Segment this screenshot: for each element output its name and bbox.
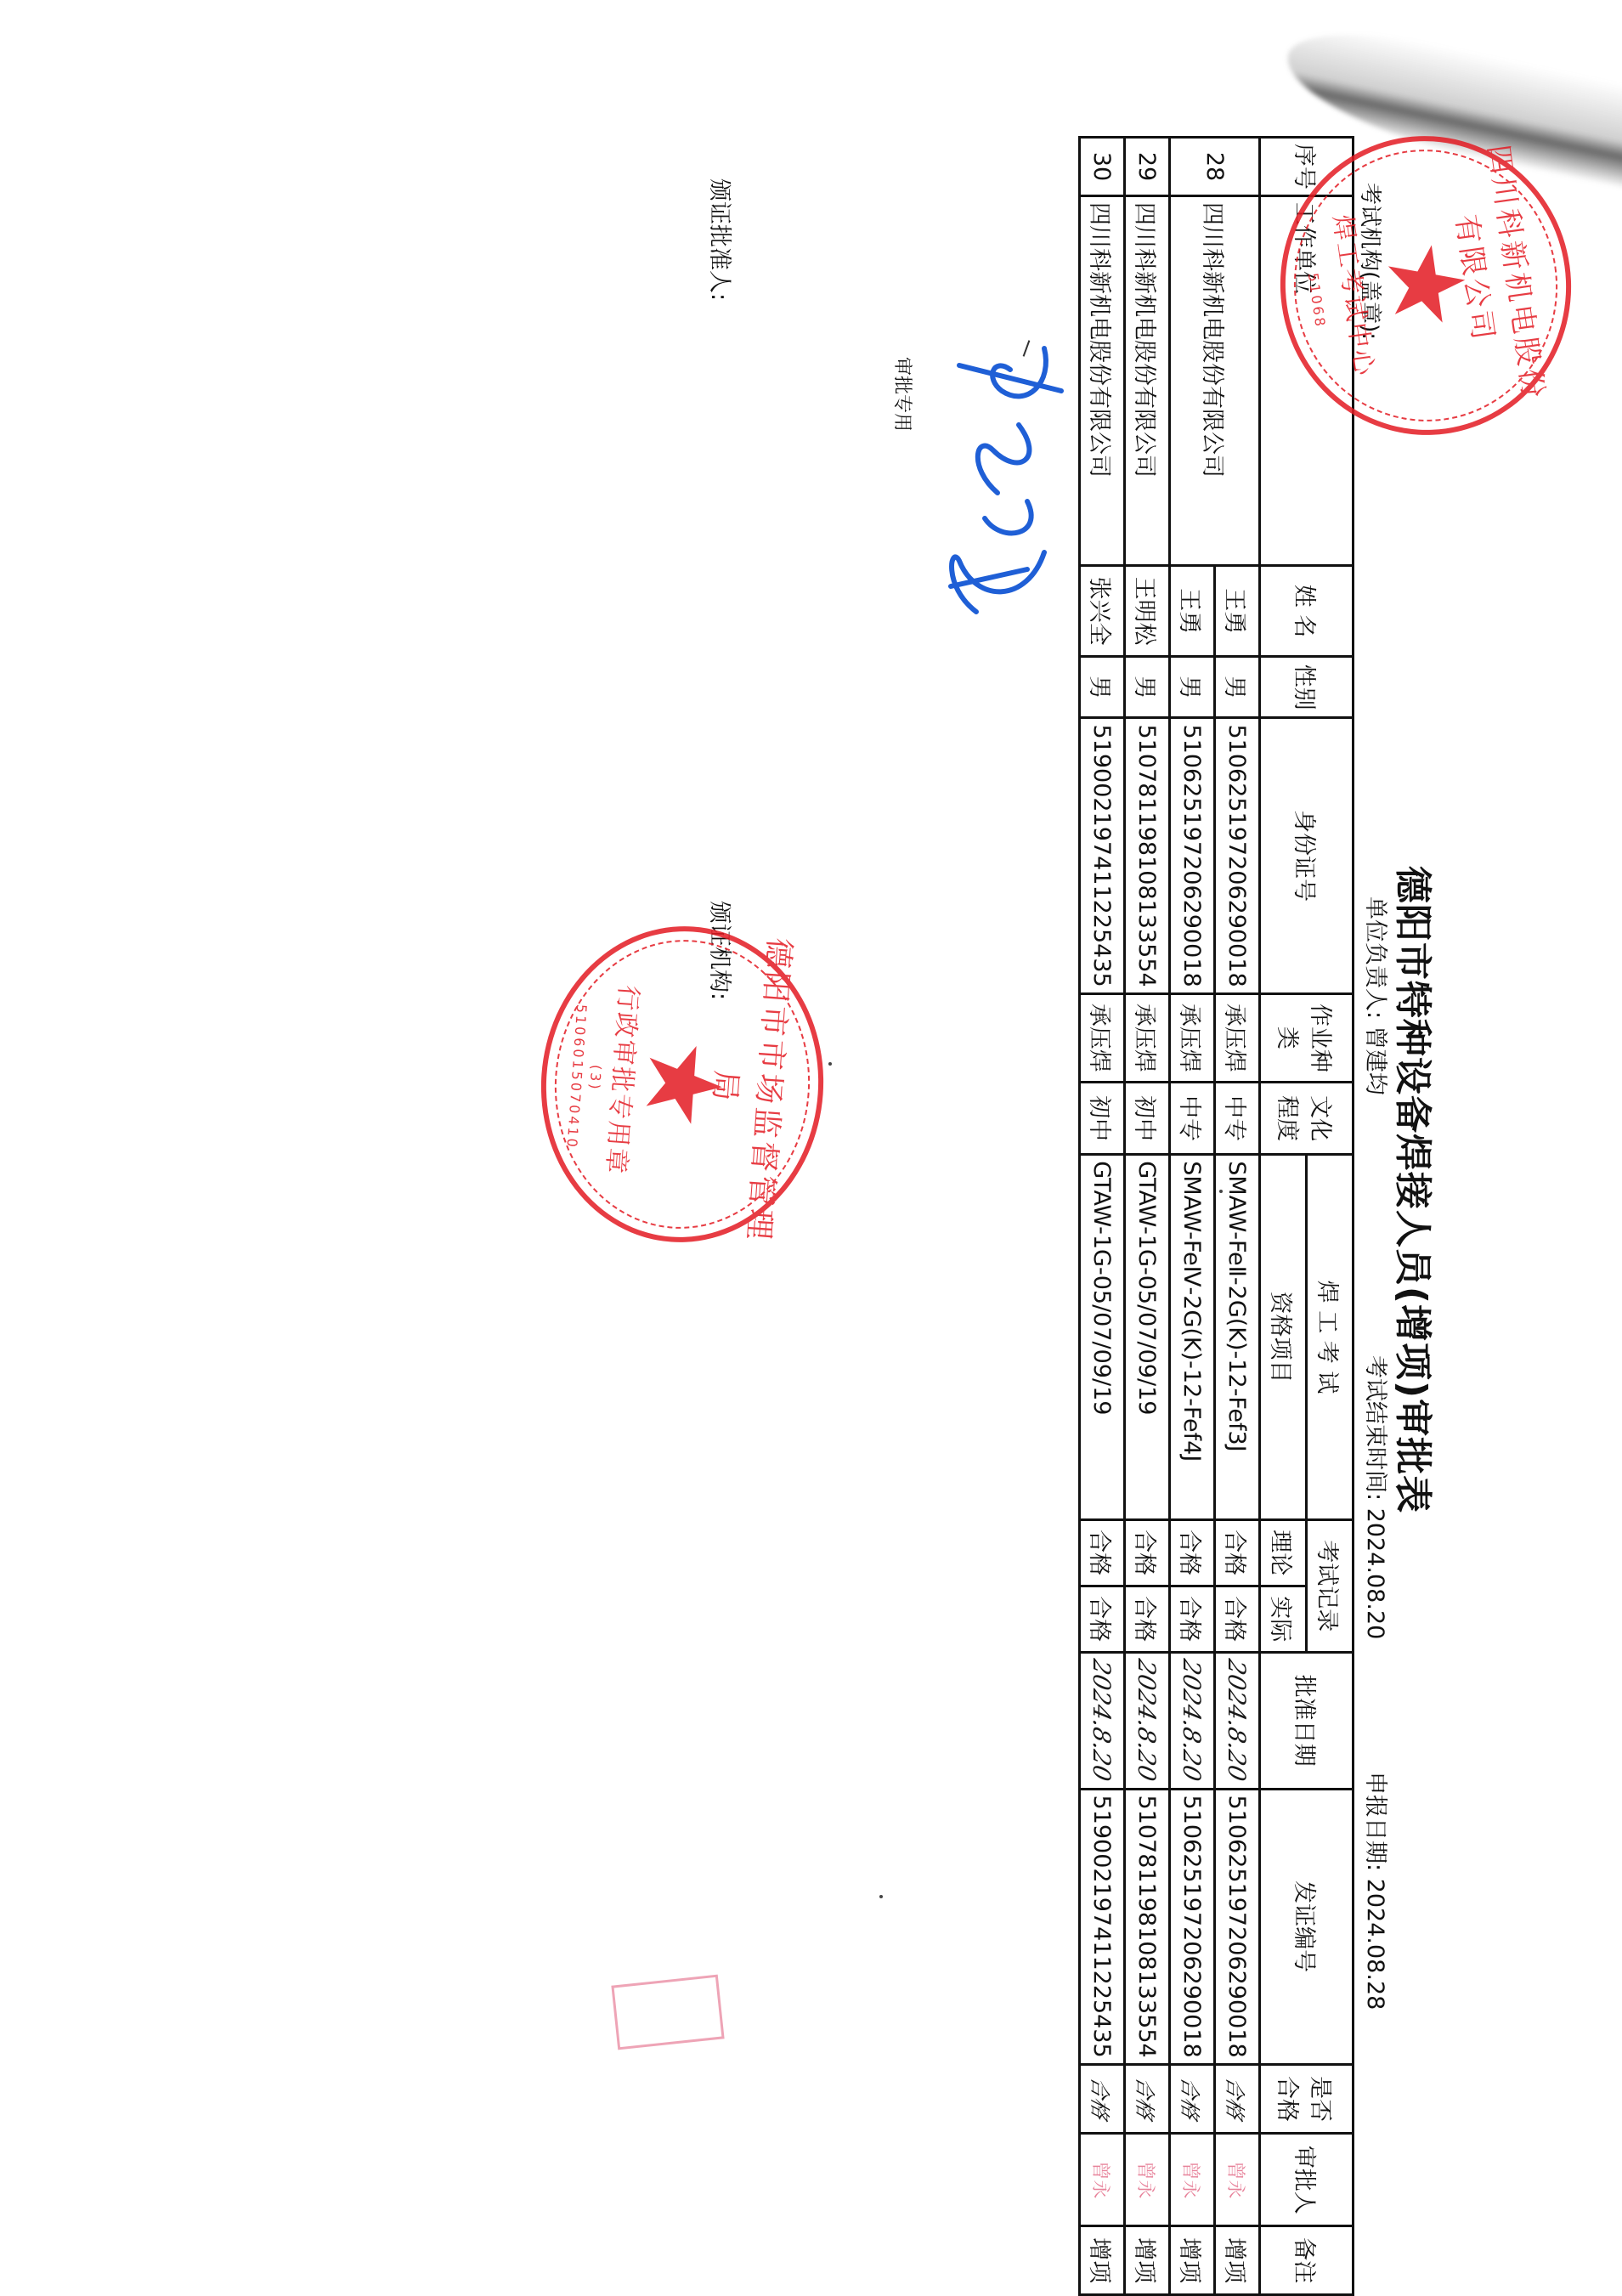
cell-theory: 合格 — [1080, 1519, 1125, 1586]
handwritten-date: 2024.8.20 — [1088, 1657, 1116, 1784]
approver-stamp: 曾永 — [1225, 2161, 1246, 2198]
cell-practice: 合格 — [1215, 1586, 1260, 1652]
table-row: 28 四川科新机电股份有限公司 王勇 男 510625197206290018 … — [1215, 138, 1260, 2295]
header-id: 身份证号 — [1260, 718, 1354, 993]
cell-edu: 中专 — [1170, 1083, 1215, 1155]
cell-project: SMAW-FeⅣ-2G(K)-12-Fef4J — [1170, 1155, 1215, 1520]
scan-speck — [879, 1895, 883, 1898]
issuer-approver-label: 颁证批准人: — [705, 178, 738, 301]
cell-id: 510625197206290018 — [1170, 718, 1215, 993]
cell-unit: 四川科新机电股份有限公司 — [1080, 196, 1125, 566]
cell-qualified: 合格 — [1125, 2064, 1170, 2134]
approver-stamp: 曾永 — [1135, 2161, 1156, 2198]
cell-qualified: 合格 — [1080, 2064, 1125, 2134]
cell-edu: 中专 — [1215, 1083, 1260, 1155]
approver-stamp: 曾永 — [1090, 2161, 1111, 2198]
cell-approver: 曾永 — [1215, 2134, 1260, 2226]
header-theory: 理论 — [1260, 1519, 1307, 1586]
cell-approver: 曾永 — [1125, 2134, 1170, 2226]
welder-approval-table: 序号 工作单位 姓 名 性别 身份证号 作业种类 文化程度 焊 工 考 试 考试… — [1078, 136, 1354, 2296]
cell-remark: 增项 — [1215, 2226, 1260, 2295]
form-title: 德阳市特种设备焊接人员(增项)审批表 — [1389, 765, 1444, 1615]
scan-speck — [828, 1062, 832, 1066]
header-edu: 文化程度 — [1260, 1083, 1354, 1155]
cell-approver: 曾永 — [1080, 2134, 1125, 2226]
header-project: 资格项目 — [1260, 1155, 1307, 1520]
cell-type: 承压焊 — [1080, 993, 1125, 1082]
cell-remark: 增项 — [1125, 2226, 1170, 2295]
exam-end-value: 2024.08.20 — [1362, 1508, 1388, 1640]
handwritten-qualified: 合格 — [1178, 2074, 1207, 2123]
cell-cert-no: 510781198108133554 — [1125, 1789, 1170, 2064]
header-record-group: 考试记录 — [1307, 1519, 1354, 1652]
cell-name: 王勇 — [1215, 566, 1260, 657]
cell-project: GTAW-1G-05/07/09/19 — [1080, 1155, 1125, 1520]
cell-seq: 29 — [1125, 138, 1170, 196]
header-sex: 性别 — [1260, 656, 1354, 718]
handwritten-date: 2024.8.20 — [1178, 1657, 1207, 1784]
handwritten-qualified: 合格 — [1088, 2074, 1117, 2123]
table-row: 29 四川科新机电股份有限公司 王明松 男 510781198108133554… — [1125, 138, 1170, 2295]
cell-name: 张兴全 — [1080, 566, 1125, 657]
header-practice: 实际 — [1260, 1586, 1307, 1652]
cell-qualified: 合格 — [1170, 2064, 1215, 2134]
cell-edu: 初中 — [1080, 1083, 1125, 1155]
cell-approve-date: 2024.8.20 — [1125, 1652, 1170, 1789]
header-name: 姓 名 — [1260, 566, 1354, 657]
cell-project: GTAW-1G-05/07/09/19 — [1125, 1155, 1170, 1520]
exam-end-label: 考试结束时间: — [1362, 1355, 1388, 1501]
cell-unit: 四川科新机电股份有限公司 — [1125, 196, 1170, 566]
cell-sex: 男 — [1125, 656, 1170, 718]
cell-approver: 曾永 — [1170, 2134, 1215, 2226]
cell-practice: 合格 — [1170, 1586, 1215, 1652]
cell-seq: 30 — [1080, 138, 1125, 196]
apply-date: 申报日期: 2024.08.28 — [1361, 1772, 1394, 2010]
handwritten-date: 2024.8.20 — [1133, 1657, 1161, 1784]
cell-practice: 合格 — [1080, 1586, 1125, 1652]
cell-type: 承压焊 — [1170, 993, 1215, 1082]
apply-date-value: 2024.08.28 — [1362, 1879, 1388, 2010]
scan-speck — [1219, 1190, 1223, 1193]
unit-leader-label: 单位负责人: — [1362, 896, 1388, 1019]
cell-cert-no: 519002197411225435 — [1080, 1789, 1125, 2064]
table-row: 30 四川科新机电股份有限公司 张兴全 男 519002197411225435… — [1080, 138, 1125, 2295]
handwritten-qualified: 合格 — [1223, 2074, 1252, 2123]
cell-remark: 增项 — [1170, 2226, 1215, 2295]
approver-stamp: 曾永 — [1180, 2161, 1201, 2198]
cell-sex: 男 — [1170, 656, 1215, 718]
cell-sex: 男 — [1215, 656, 1260, 718]
header-exam-group: 焊 工 考 试 — [1307, 1155, 1354, 1520]
approval-form-page: 德阳市特种设备焊接人员(增项)审批表 单位负责人: 曾建均 考试结束时间: 20… — [0, 0, 1622, 2296]
header-cert-no: 发证编号 — [1260, 1789, 1354, 2064]
header-approve-date: 批准日期 — [1260, 1652, 1354, 1789]
handwritten-date: 2024.8.20 — [1224, 1657, 1252, 1784]
header-remark: 备注 — [1260, 2226, 1354, 2295]
cell-project: SMAW-FeⅡ-2G(K)-12-Fef3J — [1215, 1155, 1260, 1520]
signature-caption: 审批专用 — [890, 357, 917, 432]
cell-id: 519002197411225435 — [1080, 718, 1125, 993]
unit-leader: 单位负责人: 曾建均 — [1361, 896, 1394, 1095]
cell-id: 510781198108133554 — [1125, 718, 1170, 993]
cell-seq: 28 — [1170, 138, 1260, 196]
unit-leader-value: 曾建均 — [1362, 1026, 1388, 1095]
cell-qualified: 合格 — [1215, 2064, 1260, 2134]
cell-edu: 初中 — [1125, 1083, 1170, 1155]
cell-approve-date: 2024.8.20 — [1080, 1652, 1125, 1789]
star-icon: ★ — [1369, 233, 1483, 337]
cell-cert-no: 510625197206290018 — [1170, 1789, 1215, 2064]
cell-id: 510625197206290018 — [1215, 718, 1260, 993]
cell-unit: 四川科新机电股份有限公司 — [1170, 196, 1260, 566]
cell-remark: 增项 — [1080, 2226, 1125, 2295]
cell-cert-no: 510625197206290018 — [1215, 1789, 1260, 2064]
cell-practice: 合格 — [1125, 1586, 1170, 1652]
handwritten-qualified: 合格 — [1133, 2074, 1162, 2123]
header-qualified: 是否合格 — [1260, 2064, 1354, 2134]
cell-theory: 合格 — [1125, 1519, 1170, 1586]
cell-theory: 合格 — [1215, 1519, 1260, 1586]
apply-date-label: 申报日期: — [1362, 1772, 1388, 1871]
cell-sex: 男 — [1080, 656, 1125, 718]
cell-type: 承压焊 — [1125, 993, 1170, 1082]
exam-end-time: 考试结束时间: 2024.08.20 — [1361, 1355, 1394, 1639]
cell-approve-date: 2024.8.20 — [1215, 1652, 1260, 1789]
approver-rect-stamp — [611, 1975, 724, 2050]
cell-type: 承压焊 — [1215, 993, 1260, 1082]
cell-approve-date: 2024.8.20 — [1170, 1652, 1215, 1789]
cell-name: 王明松 — [1125, 566, 1170, 657]
header-approver: 审批人 — [1260, 2134, 1354, 2226]
cell-name: 王勇 — [1170, 566, 1215, 657]
regulator-seal: 德阳市市场监督管理局 ★ 行政审批专用章 (3) 5106015070410 — [530, 917, 834, 1252]
cell-theory: 合格 — [1170, 1519, 1215, 1586]
header-type: 作业种类 — [1260, 993, 1354, 1082]
approver-signature — [917, 331, 1078, 637]
